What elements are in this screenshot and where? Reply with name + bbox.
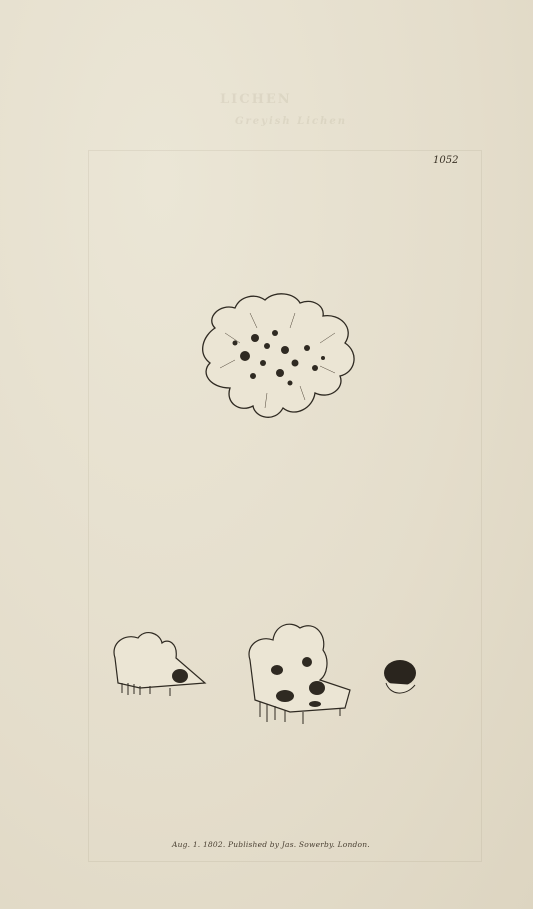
show-through-subtitle: Greyish Lichen [235, 116, 347, 127]
main-thallus-figure [195, 288, 365, 428]
show-through-title: LICHEN [220, 92, 292, 107]
section-left-figure [110, 628, 210, 700]
publisher-imprint: Aug. 1. 1802. Published by Jas. Sowerby.… [172, 840, 370, 849]
detail-right-figure [380, 655, 425, 700]
plate-mark [88, 150, 482, 862]
plate-number: 1052 [433, 155, 458, 166]
section-middle-figure [245, 620, 355, 728]
